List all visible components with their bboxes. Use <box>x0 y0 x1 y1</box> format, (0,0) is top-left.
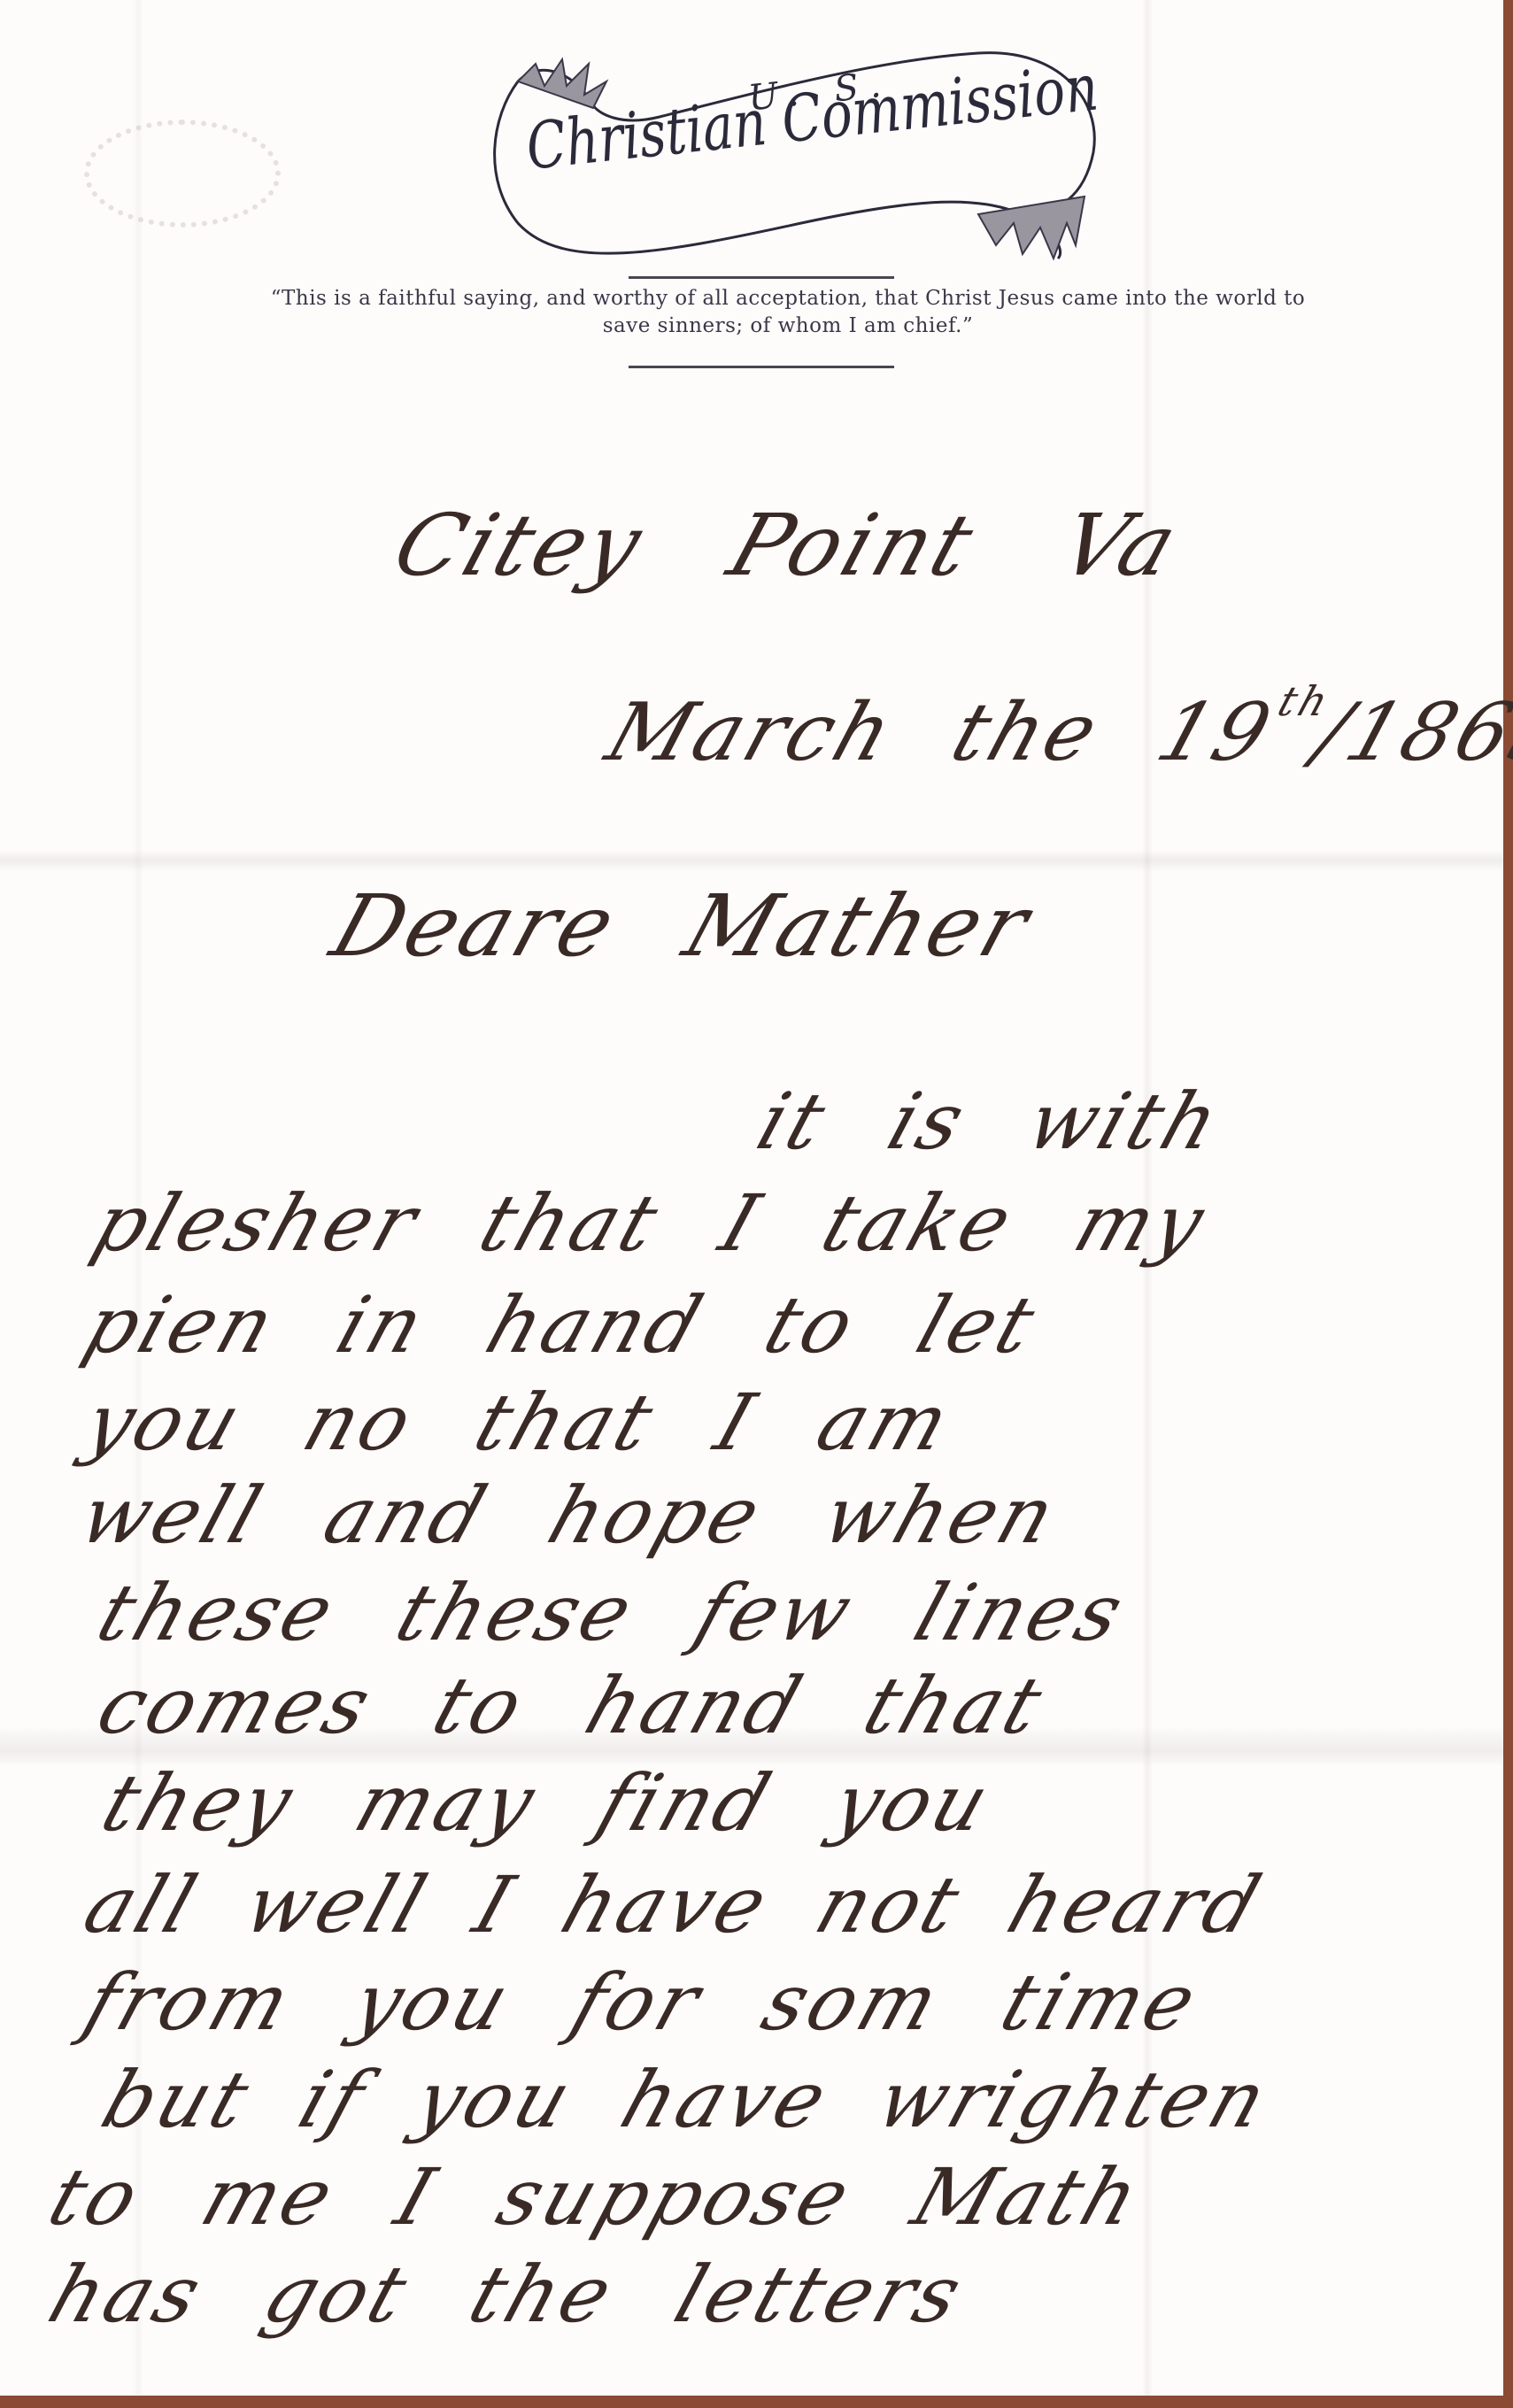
letter-date: March the 19th/1865 <box>596 686 1513 779</box>
divider-bottom <box>629 366 894 368</box>
body-line: but if you have wrighten <box>91 2054 1280 2145</box>
wood-frame-bottom <box>0 2396 1513 2408</box>
body-line: pien in hand to let <box>73 1279 1048 1370</box>
wood-frame-right <box>1503 0 1513 2408</box>
letterhead-banner: U. S. Christian Commission <box>482 46 1102 267</box>
quote-line-2: save sinners; of whom I am chief.” <box>159 313 1417 340</box>
body-line: all well I have not heard <box>73 1859 1274 1950</box>
body-line: you no that I am <box>73 1377 963 1468</box>
scripture-quote: “This is a faithful saying, and worthy o… <box>159 285 1417 340</box>
divider-top <box>629 276 894 279</box>
body-line: to me I suppose Math <box>38 2151 1153 2242</box>
body-line: it is with <box>746 1076 1233 1167</box>
body-line: plesher that I take my <box>82 1177 1218 1269</box>
body-line: from you for som time <box>73 1956 1210 2048</box>
body-line: they may find you <box>91 1757 1003 1848</box>
date-month-day: March the 19 <box>596 686 1285 779</box>
embossed-stamp <box>84 120 281 228</box>
date-year: /1865 <box>1304 686 1513 779</box>
letter-place: Citey Point Va <box>382 496 1193 595</box>
quote-line-1: “This is a faithful saying, and worthy o… <box>159 285 1417 313</box>
body-line: well and hope when <box>69 1470 1069 1561</box>
body-line: has got the letters <box>38 2249 976 2340</box>
salutation: Deare Mather <box>320 876 1044 976</box>
body-line: these these few lines <box>87 1567 1137 1658</box>
body-line: comes to hand that <box>87 1660 1056 1751</box>
